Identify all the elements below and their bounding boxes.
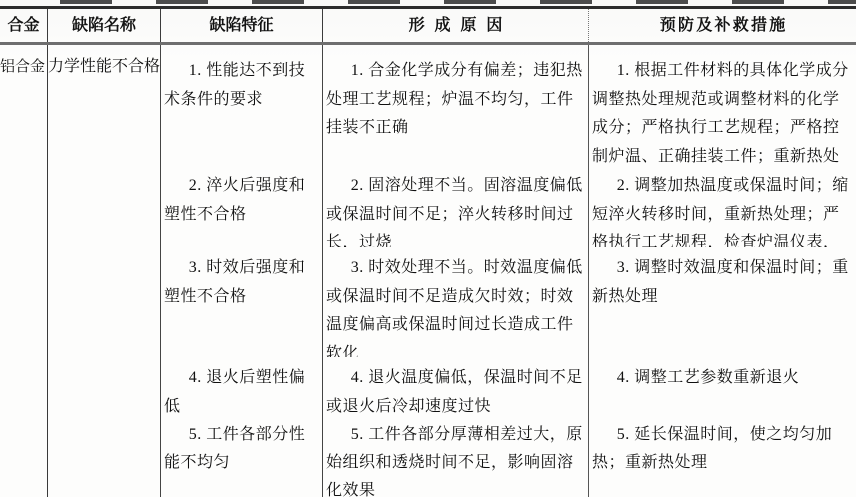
header-defect-name: 缺陷名称 — [47, 9, 160, 42]
cause-item-1: 1. 合金化学成分有偏差；违犯热处理工艺规程；炉温不均匀，工件挂装不正确 — [322, 45, 588, 165]
header-characteristics: 缺陷特征 — [160, 9, 322, 42]
measure-item-1: 1. 根据工件材料的具体化学成分调整热处理规范或调整材料的化学成分；严格执行工艺… — [588, 45, 856, 165]
cause-item-3: 3. 时效处理不当。时效温度偏低或保温时间不足造成欠时效；时效温度偏高或保温时间… — [322, 247, 588, 357]
measure-item-5: 5. 延长保温时间，使之均匀加热；重新热处理 — [588, 416, 856, 497]
cause-item-4: 4. 退火温度偏低，保温时间不足或退火后冷却速度过快 — [322, 357, 588, 416]
table-header-row: 合金 缺陷名称 缺陷特征 形成原因 预防及补救措施 — [0, 9, 856, 45]
measure-item-2: 2. 调整加热温度或保温时间；缩短淬火转移时间，重新热处理；严格执行工艺规程，检… — [588, 165, 856, 247]
header-alloy: 合金 — [0, 9, 47, 42]
defects-table: 合金 缺陷名称 缺陷特征 形成原因 预防及补救措施 铝合金 力学性能不合格 1.… — [0, 6, 856, 497]
cell-defect-name: 力学性能不合格 — [47, 45, 160, 497]
measure-item-4: 4. 调整工艺参数重新退火 — [588, 357, 856, 416]
characteristic-item-3: 3. 时效后强度和塑性不合格 — [160, 247, 322, 357]
characteristic-item-4: 4. 退火后塑性偏低 — [160, 357, 322, 416]
characteristic-item-5: 5. 工件各部分性能不均匀 — [160, 416, 322, 497]
scanned-document-page: 合金 缺陷名称 缺陷特征 形成原因 预防及补救措施 铝合金 力学性能不合格 1.… — [0, 0, 856, 497]
scan-artifact-line — [60, 0, 856, 4]
header-measures: 预防及补救措施 — [588, 9, 856, 42]
cause-item-2: 2. 固溶处理不当。固溶温度偏低或保温时间不足；淬火转移时间过长，过烧 — [322, 165, 588, 247]
measure-item-3: 3. 调整时效温度和保温时间；重新热处理 — [588, 247, 856, 357]
cell-alloy: 铝合金 — [0, 45, 47, 497]
cause-item-5: 5. 工件各部分厚薄相差过大，原始组织和透烧时间不足，影响固溶化效果 — [322, 416, 588, 497]
characteristic-item-1: 1. 性能达不到技术条件的要求 — [160, 45, 322, 165]
header-causes: 形成原因 — [322, 9, 588, 42]
characteristic-item-2: 2. 淬火后强度和塑性不合格 — [160, 165, 322, 247]
table-body: 铝合金 力学性能不合格 1. 性能达不到技术条件的要求 2. 淬火后强度和塑性不… — [0, 45, 856, 497]
